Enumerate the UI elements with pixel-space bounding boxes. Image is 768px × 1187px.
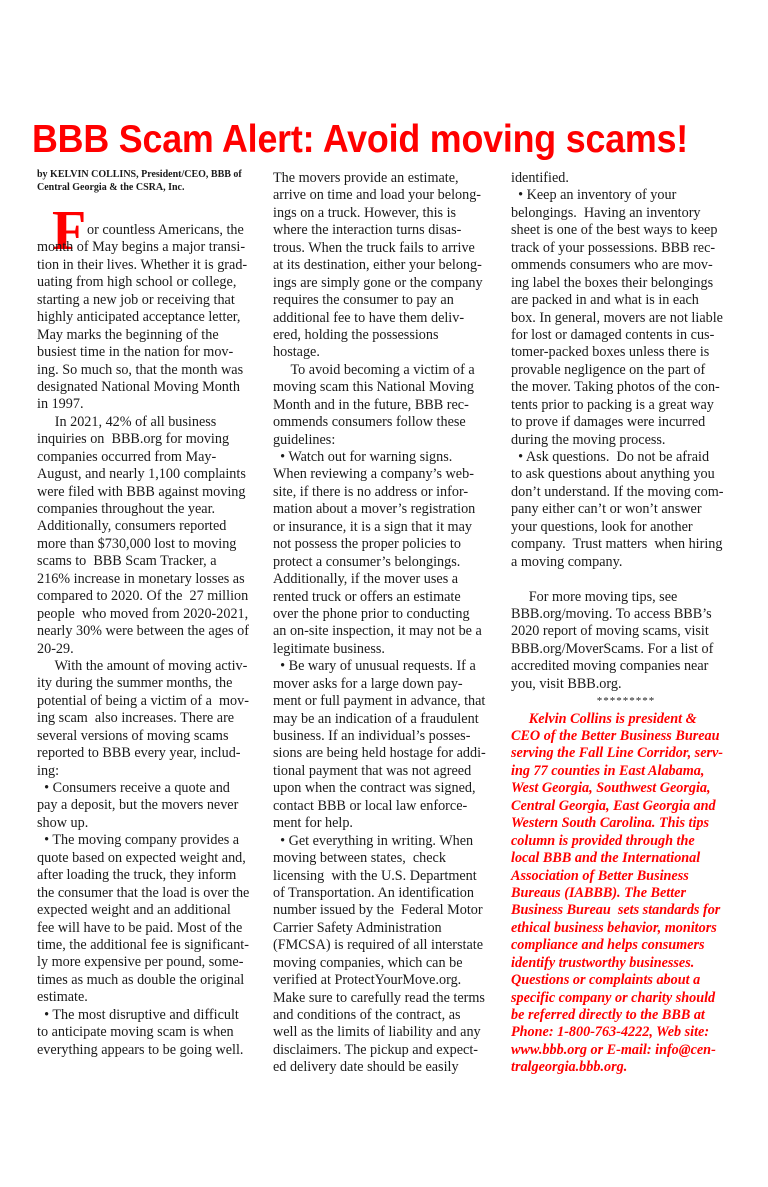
text-line: belongings. Having an inventory	[511, 205, 741, 222]
text-line: box. In general, movers are not liable	[511, 310, 741, 327]
text-line: ing:	[37, 763, 265, 780]
text-line: ing label the boxes their belongings	[511, 275, 741, 292]
text-line: ment or full payment in advance, that	[273, 693, 503, 710]
text-line: at its destination, either your belong-	[273, 257, 503, 274]
text-line: protect a consumer’s belongings.	[273, 554, 503, 571]
author-bio-line: Association of Better Business	[511, 868, 741, 885]
text-line: sions are being held hostage for addi-	[273, 745, 503, 762]
text-line: pay a deposit, but the movers never	[37, 797, 265, 814]
text-line: provable negligence on the part of	[511, 362, 741, 379]
text-line: ly more expensive per pound, some-	[37, 954, 265, 971]
text-line: tion in their lives. Whether it is grad-	[37, 257, 265, 274]
text-line: people who moved from 2020-2021,	[37, 606, 265, 623]
author-bio-line: serving the Fall Line Corridor, serv-	[511, 745, 741, 762]
text-line: sheet is one of the best ways to keep	[511, 222, 741, 239]
author-bio-line: ethical business behavior, monitors	[511, 920, 741, 937]
text-line: ing scam also increases. There are	[37, 710, 265, 727]
text-line: expected weight and an additional	[37, 902, 265, 919]
text-line: the consumer that the load is over the	[37, 885, 265, 902]
text-line: moving between states, check	[273, 850, 503, 867]
text-line: • Keep an inventory of your	[511, 187, 741, 204]
text-line: of Transportation. An identification	[273, 885, 503, 902]
text-line: highly anticipated acceptance letter,	[37, 309, 265, 326]
separator-stars: *********	[511, 693, 741, 710]
text-line: ommends consumers who are mov-	[511, 257, 741, 274]
text-line: were filed with BBB against moving	[37, 484, 265, 501]
text-line: times as much as double the original	[37, 972, 265, 989]
text-line: • The most disruptive and difficult	[37, 1007, 265, 1024]
author-bio-line: www.bbb.org or E-mail: info@cen-	[511, 1042, 741, 1059]
text-line: • Consumers receive a quote and	[37, 780, 265, 797]
text-line: track of your possessions. BBB rec-	[511, 240, 741, 257]
column-2: The movers provide an estimate,arrive on…	[273, 170, 503, 1077]
text-line: well as the limits of liability and any	[273, 1024, 503, 1041]
text-line: 20-29.	[37, 641, 265, 658]
text-line: show up.	[37, 815, 265, 832]
author-bio-line: West Georgia, Southwest Georgia,	[511, 780, 741, 797]
text-line: contact BBB or local law enforce-	[273, 798, 503, 815]
text-line: you, visit BBB.org.	[511, 676, 741, 693]
text-line: ered, holding the possessions	[273, 327, 503, 344]
column-3: identified. • Keep an inventory of yourb…	[511, 170, 741, 1077]
text-line: arrive on time and load your belong-	[273, 187, 503, 204]
author-bio-line: Phone: 1-800-763-4222, Web site:	[511, 1024, 741, 1041]
text-line: to anticipate moving scam is when	[37, 1024, 265, 1041]
text-line: For more moving tips, see	[511, 589, 741, 606]
text-line: quote based on expected weight and,	[37, 850, 265, 867]
text-line: ing. So much so, that the month was	[37, 362, 265, 379]
author-bio-line: ing 77 counties in East Alabama,	[511, 763, 741, 780]
text-line: business. If an individual’s posses-	[273, 728, 503, 745]
text-line: are packed in and what is in each	[511, 292, 741, 309]
text-line: trous. When the truck fails to arrive	[273, 240, 503, 257]
text-line: ed delivery date should be easily	[273, 1059, 503, 1076]
text-line: fee will have to be paid. Most of the	[37, 920, 265, 937]
text-line: May marks the beginning of the	[37, 327, 265, 344]
text-line: ings are simply gone or the company	[273, 275, 503, 292]
text-line: where the interaction turns disas-	[273, 222, 503, 239]
text-line: to prove if damages were incurred	[511, 414, 741, 431]
text-line: tomer-packed boxes unless there is	[511, 344, 741, 361]
text-line: upon when the contract was signed,	[273, 780, 503, 797]
text-line: companies throughout the year.	[37, 501, 265, 518]
text-line: ings on a truck. However, this is	[273, 205, 503, 222]
author-bio-line: local BBB and the International	[511, 850, 741, 867]
text-line: ommends consumers follow these	[273, 414, 503, 431]
text-line: tents prior to packing is a great way	[511, 397, 741, 414]
text-line: hostage.	[273, 344, 503, 361]
author-bio-line: be referred directly to the BBB at	[511, 1007, 741, 1024]
text-line: everything appears to be going well.	[37, 1042, 265, 1059]
text-line: company. Trust matters when hiring	[511, 536, 741, 553]
text-line: • Watch out for warning signs.	[273, 449, 503, 466]
text-line: • Be wary of unusual requests. If a	[273, 658, 503, 675]
author-bio-line: Bureaus (IABBB). The Better	[511, 885, 741, 902]
text-line: busiest time in the nation for mov-	[37, 344, 265, 361]
text-line: companies occurred from May-	[37, 449, 265, 466]
text-line: identified.	[511, 170, 741, 187]
author-bio-line: Kelvin Collins is president &	[511, 711, 741, 728]
text-line: BBB.org/moving. To access BBB’s	[511, 606, 741, 623]
text-line: Make sure to carefully read the terms	[273, 990, 503, 1007]
text-line: ity during the summer months, the	[37, 675, 265, 692]
text-line: uating from high school or college,	[37, 274, 265, 291]
text-line: tional payment that was not agreed	[273, 763, 503, 780]
text-line: BBB.org/MoverScams. For a list of	[511, 641, 741, 658]
text-line: Additionally, consumers reported	[37, 518, 265, 535]
byline-line-2: Central Georgia & the CSRA, Inc.	[37, 182, 267, 195]
text-line	[511, 571, 741, 588]
text-line: Carrier Safety Administration	[273, 920, 503, 937]
text-line: 216% increase in monetary losses as	[37, 571, 265, 588]
text-line: moving companies, which can be	[273, 955, 503, 972]
text-line: your questions, look for another	[511, 519, 741, 536]
text-line: after loading the truck, they inform	[37, 867, 265, 884]
text-line: Month and in the future, BBB rec-	[273, 397, 503, 414]
text-line: To avoid becoming a victim of a	[273, 362, 503, 379]
text-line: mover asks for a large down pay-	[273, 676, 503, 693]
byline-line-1: by KELVIN COLLINS, President/CEO, BBB of	[37, 169, 267, 182]
author-bio-line: tralgeorgia.bbb.org.	[511, 1059, 741, 1076]
text-line: (FMCSA) is required of all interstate	[273, 937, 503, 954]
text-line: designated National Moving Month	[37, 379, 265, 396]
author-bio-line: Western South Carolina. This tips	[511, 815, 741, 832]
author-bio-line: identify trustworthy businesses.	[511, 955, 741, 972]
text-line: for lost or damaged contents in cus-	[511, 327, 741, 344]
text-line: nearly 30% were between the ages of	[37, 623, 265, 640]
text-line: time, the additional fee is significant-	[37, 937, 265, 954]
text-line: during the moving process.	[511, 432, 741, 449]
text-line: over the phone prior to conducting	[273, 606, 503, 623]
text-line: starting a new job or receiving that	[37, 292, 265, 309]
text-line: a moving company.	[511, 554, 741, 571]
text-line: may be an indication of a fraudulent	[273, 711, 503, 728]
text-line: compared to 2020. Of the 27 million	[37, 588, 265, 605]
author-bio-line: Questions or complaints about a	[511, 972, 741, 989]
byline: by KELVIN COLLINS, President/CEO, BBB of…	[37, 169, 267, 194]
text-line: to ask questions about anything you	[511, 466, 741, 483]
text-line: site, if there is no address or infor-	[273, 484, 503, 501]
text-line: August, and nearly 1,100 complaints	[37, 466, 265, 483]
text-line: not possess the proper policies to	[273, 536, 503, 553]
text-line: When reviewing a company’s web-	[273, 466, 503, 483]
text-line: 2020 report of moving scams, visit	[511, 623, 741, 640]
text-line: verified at ProtectYourMove.org.	[273, 972, 503, 989]
text-line: With the amount of moving activ-	[37, 658, 265, 675]
text-line: additional fee to have them deliv-	[273, 310, 503, 327]
text-line: or insurance, it is a sign that it may	[273, 519, 503, 536]
text-line: don’t understand. If the moving com-	[511, 484, 741, 501]
author-bio-line: Central Georgia, East Georgia and	[511, 798, 741, 815]
author-bio-line: specific company or charity should	[511, 990, 741, 1007]
text-line: moving scam this National Moving	[273, 379, 503, 396]
text-line: In 2021, 42% of all business	[37, 414, 265, 431]
text-line: more than $730,000 lost to moving	[37, 536, 265, 553]
text-line: estimate.	[37, 989, 265, 1006]
text-line: scams to BBB Scam Tracker, a	[37, 553, 265, 570]
text-line: licensing with the U.S. Department	[273, 868, 503, 885]
text-line: mation about a mover’s registration	[273, 501, 503, 518]
text-line: legitimate business.	[273, 641, 503, 658]
text-line: several versions of moving scams	[37, 728, 265, 745]
text-line: rented truck or offers an estimate	[273, 589, 503, 606]
text-line: requires the consumer to pay an	[273, 292, 503, 309]
text-line: • Ask questions. Do not be afraid	[511, 449, 741, 466]
text-line: reported to BBB every year, includ-	[37, 745, 265, 762]
text-line: pany either can’t or won’t answer	[511, 501, 741, 518]
text-line: the mover. Taking photos of the con-	[511, 379, 741, 396]
text-line: number issued by the Federal Motor	[273, 902, 503, 919]
author-bio-line: Business Bureau sets standards for	[511, 902, 741, 919]
text-line: • The moving company provides a	[37, 832, 265, 849]
column-1: or countless Americans, themonth of May …	[37, 222, 265, 1059]
text-line: potential of being a victim of a mov-	[37, 693, 265, 710]
text-line: accredited moving companies near	[511, 658, 741, 675]
text-line: • Get everything in writing. When	[273, 833, 503, 850]
author-bio-line: compliance and helps consumers	[511, 937, 741, 954]
text-line: The movers provide an estimate,	[273, 170, 503, 187]
text-line: disclaimers. The pickup and expect-	[273, 1042, 503, 1059]
text-line: or countless Americans, the	[37, 222, 265, 239]
text-line: month of May begins a major transi-	[37, 239, 265, 256]
text-line: an on-site inspection, it may not be a	[273, 623, 503, 640]
text-line: guidelines:	[273, 432, 503, 449]
text-line: in 1997.	[37, 396, 265, 413]
author-bio-line: CEO of the Better Business Bureau	[511, 728, 741, 745]
text-line: Additionally, if the mover uses a	[273, 571, 503, 588]
text-line: ment for help.	[273, 815, 503, 832]
article-headline: BBB Scam Alert: Avoid moving scams!	[32, 118, 694, 162]
text-line: inquiries on BBB.org for moving	[37, 431, 265, 448]
author-bio-line: column is provided through the	[511, 833, 741, 850]
text-line: and conditions of the contract, as	[273, 1007, 503, 1024]
